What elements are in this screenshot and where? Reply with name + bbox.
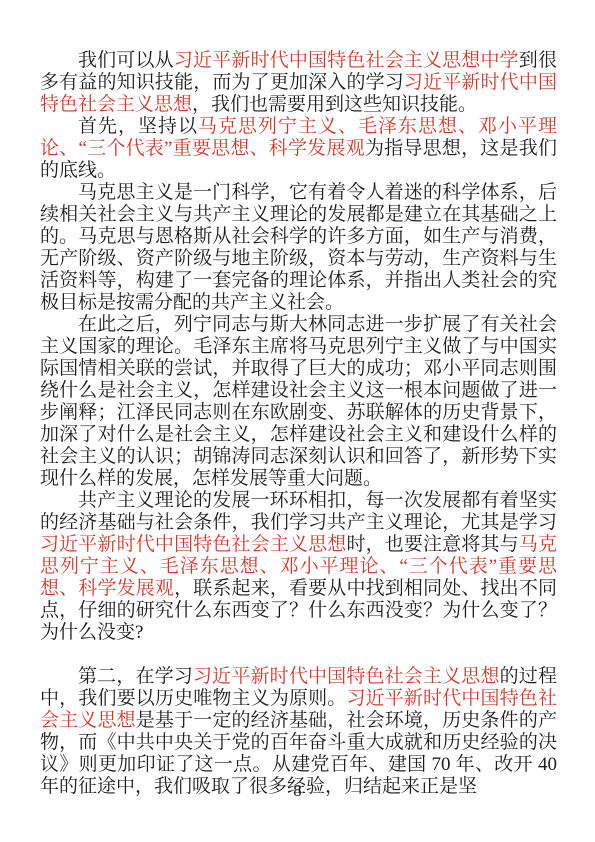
paragraph: 首先，坚持以马克思列宁主义、毛泽东思想、邓小平理论、“三个代表”重要思想、科学发… <box>40 116 557 182</box>
paragraph: 在此之后，列宁同志与斯大林同志进一步扩展了有关社会主义国家的理论。毛泽东主席将马… <box>40 314 557 490</box>
text-segment: 时，也要注意将其与 <box>346 534 518 555</box>
text-segment: 我们可以从 <box>78 50 174 71</box>
document-page: 我们可以从习近平新时代中国特色社会主义思想中学到很多有益的知识技能，而为了更加深… <box>0 0 595 842</box>
text-segment: 首先，坚持以 <box>78 116 198 137</box>
text-segment: 马克思主义是一门科学，它有着令人着迷的科学体系，后续相关社会主义与共产主义理论的… <box>40 182 557 313</box>
paragraph: 马克思主义是一门科学，它有着令人着迷的科学体系，后续相关社会主义与共产主义理论的… <box>40 182 557 314</box>
text-block: 我们可以从习近平新时代中国特色社会主义思想中学到很多有益的知识技能，而为了更加深… <box>40 50 557 798</box>
paragraph: 第二，在学习习近平新时代中国特色社会主义思想的过程中，我们要以历史唯物主义为原则… <box>40 666 557 798</box>
paragraph: 共产主义理论的发展一环环相扣，每一次发展都有着坚实的经济基础与社会条件，我们学习… <box>40 490 557 644</box>
text-segment: ，我们也需要用到这些知识技能。 <box>192 94 477 115</box>
highlighted-term-red: 习近平新时代中国特色社会主义思想中学 <box>174 50 519 71</box>
highlighted-term-red: 习近平新时代中国特色 <box>346 688 538 709</box>
highlighted-term-red: 习近平新时代中国特色社会主义思想 <box>40 534 346 555</box>
page-number: 8 <box>0 781 595 801</box>
text-segment: 在此之后，列宁同志与斯大林同志进一步扩展了有关社会主义国家的理论。毛泽东主席将马… <box>40 314 557 489</box>
paragraph: 我们可以从习近平新时代中国特色社会主义思想中学到很多有益的知识技能，而为了更加深… <box>40 50 557 116</box>
text-segment: 第二，在学习 <box>78 666 193 687</box>
text-segment: 共产主义理论的发展一环环相扣，每一次发展都有着坚实的经济基础与社会条件，我们学习… <box>40 490 557 533</box>
highlighted-term-red: 习近平新时代中国特色社会主义思想 <box>193 666 500 687</box>
